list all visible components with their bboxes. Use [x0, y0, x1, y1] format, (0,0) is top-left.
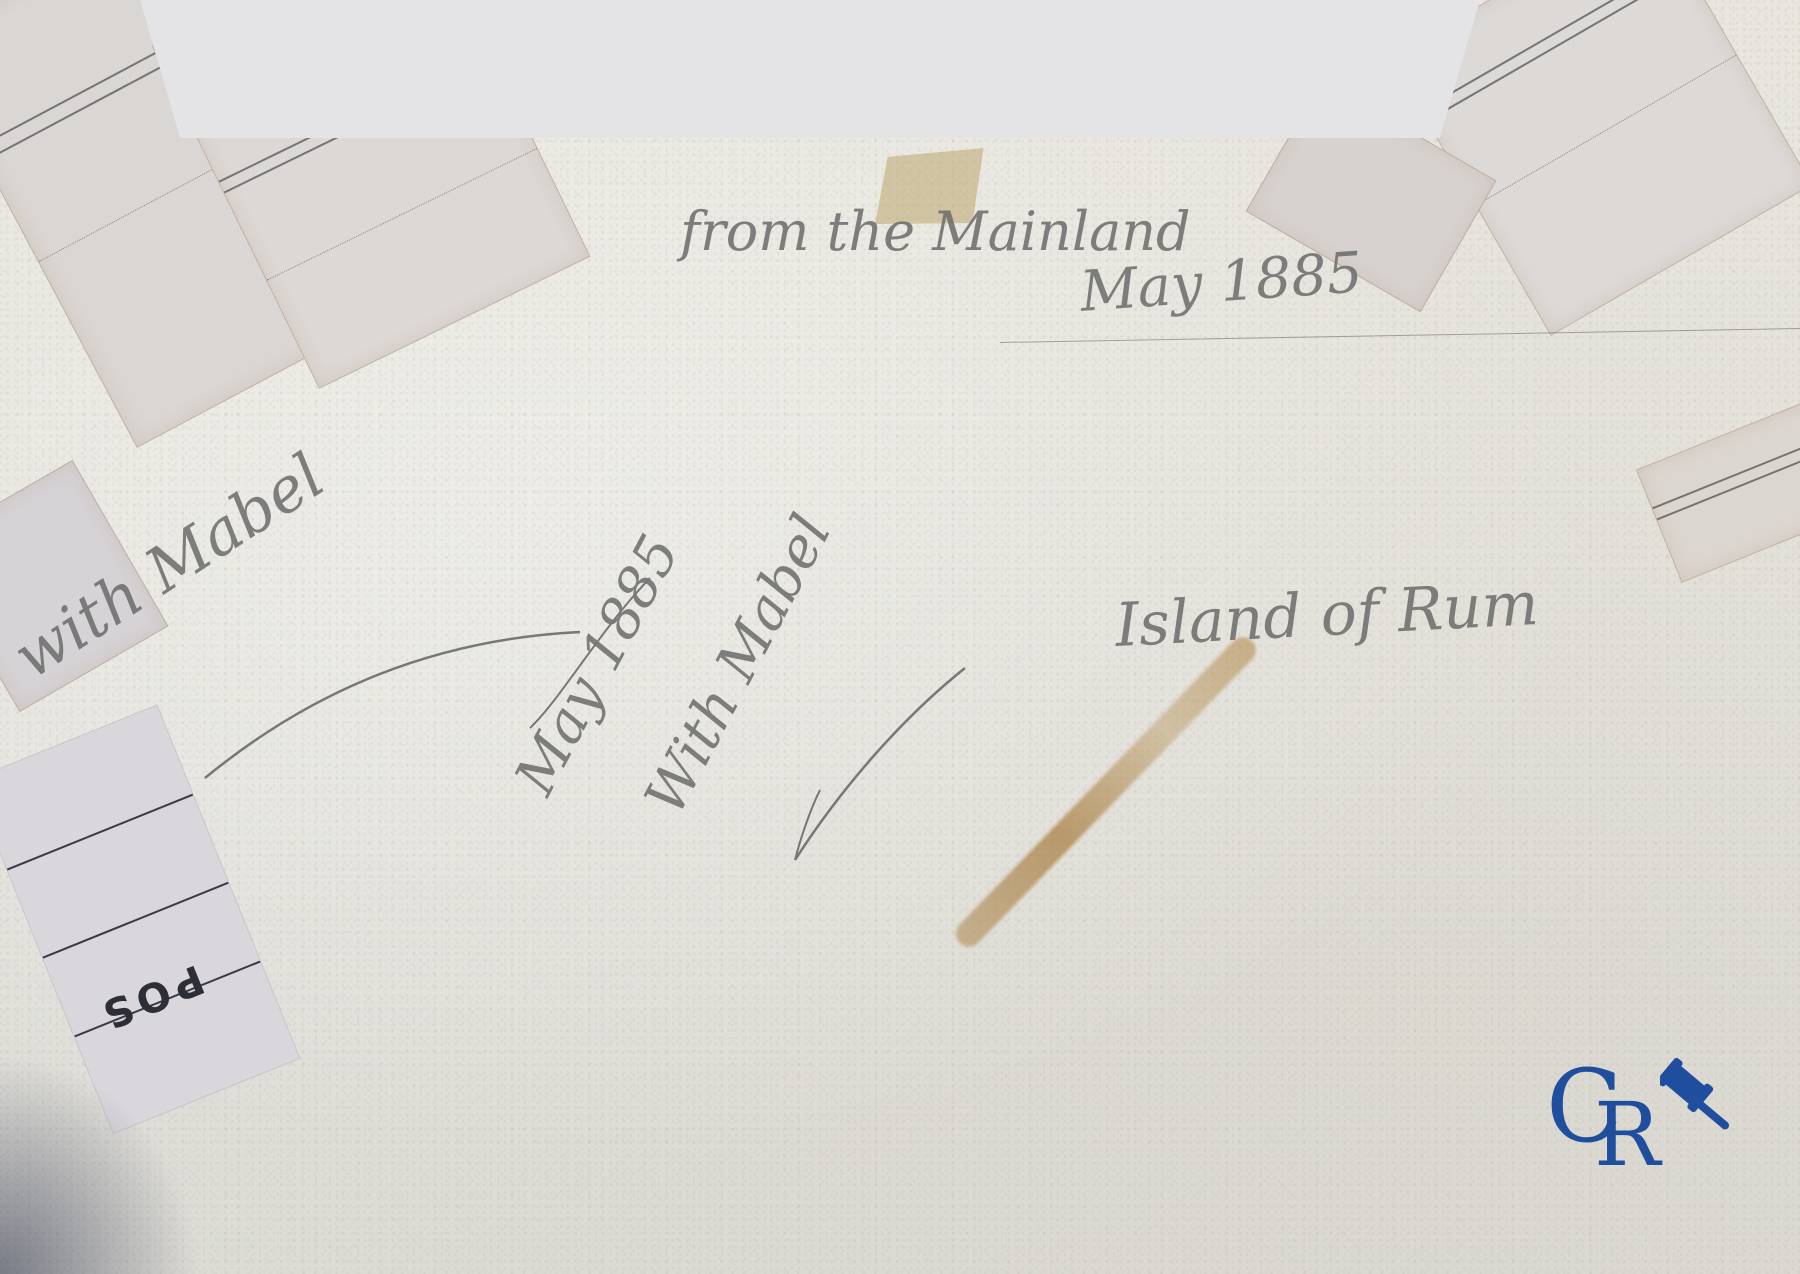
auction-house-logo: C R: [1540, 1055, 1740, 1195]
label-text: POS: [91, 955, 210, 1039]
logo-letter-r: R: [1594, 1091, 1660, 1179]
top-overlay-card: [140, 0, 1480, 138]
inscription-from-mainland: from the Mainland: [680, 200, 1191, 263]
photo-shadow: [0, 1054, 200, 1274]
gavel-icon: [1660, 1055, 1740, 1145]
